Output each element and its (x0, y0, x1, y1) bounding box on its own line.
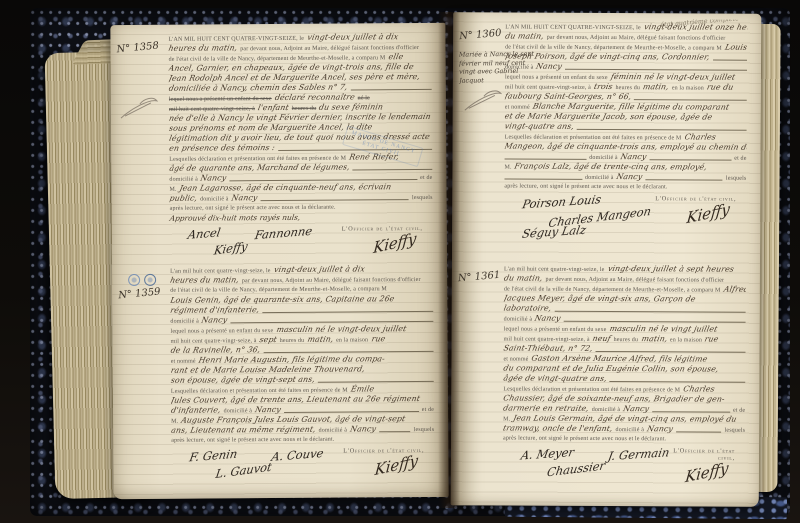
act-line: Mangeon, âgé de cinquante-trois ans, emp… (505, 141, 747, 152)
act-line: et nomméGaston Arsène Maurice Alfred, fi… (503, 353, 745, 364)
handwritten-text: masculin né le vingt juillet (608, 324, 718, 335)
act-line: Jacques Meyer, âgé de vingt-six ans, Gar… (504, 293, 746, 304)
margin-annotation-line: Mariée à Nancy le sept (459, 50, 505, 59)
printed-form-text: M. (171, 417, 178, 426)
handwritten-text: du matin, (504, 273, 544, 283)
handwritten-text: Saint-Thiébaut, n° 72, (504, 343, 594, 353)
handwritten-text: vingt-deux juillet à sept heures (606, 264, 734, 275)
printed-form-text: M. (504, 162, 511, 172)
act-line: âgée de vingt-quatre ans, (503, 373, 745, 384)
handwritten-text: public, (170, 194, 199, 204)
handwritten-text: masculin né le vingt-deux juillet (275, 324, 407, 335)
officer-block: L'Officier de l'état civil,Kieffy (669, 447, 745, 482)
handwritten-text: trois (593, 82, 614, 92)
act-line: après lecture, ont signé le présent acte… (504, 181, 746, 192)
printed-form-text: lequel nous a présenté un enfant du sexe (170, 326, 273, 336)
right-page-acts: N° 1360Mariée à Nancy le septfévrier mil… (457, 18, 754, 503)
officer-signature: Kieffy (686, 200, 731, 228)
officer-signature: Kieffy (372, 229, 417, 257)
handwritten-text: Jules Couvert, âgé de trente ans, Lieute… (171, 394, 421, 406)
act-line: Chaussier, âgé de soixante-neuf ans, Bri… (503, 393, 745, 404)
round-stamp-icon (128, 274, 140, 286)
handwritten-text: Jean Louis Germain, âgé de vingt-cinq an… (512, 413, 737, 424)
act-number: N° 1360 (459, 27, 506, 42)
birth-act: N° 1358L'AN MIL HUIT CENT QUATRE-VINGT-S… (116, 29, 439, 263)
printed-form-text: après lecture, ont signé le présent acte… (503, 433, 666, 444)
act-line: du matin,par devant nous, Adjoint au Mai… (504, 273, 746, 284)
handwritten-text: vingt-deux juillet à dix (306, 32, 399, 43)
printed-form-text: lequel nous a présenté un enfant du sexe (505, 72, 608, 82)
act-number: N° 1361 (458, 269, 505, 284)
handwritten-text: âgé de quarante ans, Marchand de légumes… (169, 162, 350, 173)
blank-rule-line (379, 431, 411, 432)
blank-rule-line (262, 311, 433, 313)
margin-pen-flourish (119, 95, 169, 126)
handwritten-text: laboratoire, (504, 303, 553, 313)
printed-form-text: et de (420, 173, 432, 183)
blank-rule-line (353, 169, 433, 171)
printed-form-text: en la maison (336, 335, 368, 345)
act-margin: N° 1359 (118, 266, 172, 495)
printed-form-text: par devant nous, Adjoint au Maire, délég… (547, 33, 726, 43)
handwritten-text: Nancy (534, 313, 562, 323)
officer-signature: Kieffy (374, 451, 419, 479)
handwritten-text: rant et de Marie Louise Madeleine Thouve… (171, 364, 366, 375)
handwritten-text: du comparant et de Julia Eugénie Collin,… (503, 363, 719, 374)
handwritten-text: Charles (683, 132, 716, 142)
handwritten-text: matin, (642, 82, 670, 92)
handwritten-text: vingt-deux juillet à dix (273, 264, 366, 275)
party-signatures: A. MeyerJ. GermainChaussier (503, 446, 670, 477)
handwritten-text: Charles (682, 384, 715, 394)
act-margin: N° 1361 (457, 263, 504, 502)
handwritten-text: son épouse, âgée de vingt-sept ans, (171, 375, 316, 386)
handwritten-text: vingt-quatre ans, (505, 121, 575, 131)
act-line: lequel nous a présenté un enfant du sexe… (170, 324, 433, 336)
handwritten-text: Émile (350, 384, 375, 394)
signature: Séguy Lalz (521, 223, 587, 242)
margin-signature-flourish (463, 87, 505, 118)
blank-rule-line (596, 350, 746, 352)
printed-form-text: lesquels (412, 193, 433, 203)
handwritten-text: Gaston Arsène Maurice Alfred, fils légit… (530, 353, 708, 364)
act-line: lequel nous a présenté un enfant du sexe… (504, 323, 746, 334)
act-text-body: état quatrième complétéL'AN MIL HUIT CEN… (504, 21, 753, 261)
act-text-body: L'AN MIL HUIT CENT QUATRE-VINGT-SEIZE, l… (168, 32, 439, 263)
printed-form-text: et de (733, 405, 745, 414)
handwritten-text: Chaussier, âgé de soixante-neuf ans, Bri… (503, 393, 725, 404)
handwritten-text: Louis (724, 43, 747, 53)
act-margin: N° 1360Mariée à Nancy le septfévrier mil… (458, 21, 505, 260)
act-line: domicilié àNancy (505, 61, 747, 72)
act-line: tramway, oncle de l'enfant,domicilié àNa… (503, 423, 745, 434)
act-line: L'an mil huit cent quatre-vingt-seize, l… (504, 263, 746, 274)
left-page-acts: N° 1358L'AN MIL HUIT CENT QUATRE-VINGT-S… (116, 29, 440, 495)
handwritten-text: neuf (592, 333, 612, 343)
act-text-body: L'an mil huit cent quatre-vingt-seize, l… (170, 264, 441, 495)
act-text-body: L'an mil huit cent quatre-vingt-seize, l… (503, 263, 752, 503)
birth-act: N° 1361L'an mil huit cent quatre-vingt-s… (457, 260, 752, 503)
handwritten-text: Jacques Meyer, âgé de vingt-six ans, Gar… (504, 293, 697, 304)
signature-row: AncelFannonne (188, 226, 312, 242)
blank-rule-line (713, 60, 748, 61)
printed-form-text: et nommé (171, 357, 196, 366)
handwritten-text: de la Ravinelle, n° 36, (171, 345, 262, 356)
blank-rule-line (505, 158, 587, 159)
act-line: mil huit cent quatre-vingt-seize, àneufh… (504, 333, 746, 344)
handwritten-text: matin, (640, 334, 668, 344)
act-line: vingt-quatre ans, (505, 121, 747, 132)
signature-row: Chaussier (521, 461, 669, 477)
printed-form-text: en la maison (670, 335, 702, 344)
act-line: après lecture, ont signé le présent acte… (171, 434, 434, 446)
blank-rule-line (676, 431, 722, 432)
right-page: N° 1360Mariée à Nancy le septfévrier mil… (451, 12, 762, 507)
blank-rule-line (230, 179, 418, 181)
act-line: laboratoire, (504, 303, 746, 314)
handwritten-text: rue du (706, 83, 735, 93)
printed-form-text: heures du (614, 335, 639, 345)
act-number: N° 1359 (118, 286, 171, 302)
margin-annotation-line: vingt avec Gabriel (459, 67, 505, 76)
blank-rule-line (284, 411, 419, 413)
blank-rule-line (564, 320, 746, 322)
handwritten-text: d'infanterie, (171, 405, 222, 415)
act-line: après lecture, ont signé le présent acte… (503, 433, 745, 444)
printed-form-text: L'an mil huit cent quatre-vingt-seize, l… (170, 266, 271, 276)
act-line: L'AN MIL HUIT CENT QUATRE-VINGT-SEIZE, l… (168, 32, 431, 44)
act-line: du matin,par devant nous, Adjoint au Mai… (505, 31, 747, 42)
printed-form-text: heures du (280, 336, 305, 346)
act-line: M.François Lalz, âgé de trente-cinq ans,… (504, 161, 746, 172)
margin-annotation-line: Jacquot (459, 76, 505, 85)
officer-signature: Kieffy (684, 458, 729, 486)
printed-form-text: lesquels (414, 425, 435, 435)
blank-rule-line (652, 411, 730, 412)
handwritten-text: en présence des témoins : (169, 143, 276, 154)
handwritten-text: ans, Lieutenant au même régiment, (171, 425, 316, 436)
blank-rule-line (504, 178, 582, 179)
handwritten-text: rue (370, 334, 386, 344)
printed-form-text: domicilié à (592, 404, 621, 414)
act-line: du comparant et de Julia Eugénie Collin,… (503, 363, 745, 374)
signature: Kieffy (213, 239, 249, 259)
act-line: Saint-Thiébaut, n° 72, (504, 343, 746, 354)
act-line: de l'état civil de la ville de Nancy, dé… (504, 283, 746, 294)
handwritten-text: heures du matin, (168, 43, 238, 53)
printed-form-text: M. (169, 185, 176, 194)
handwritten-text: Nancy (201, 315, 229, 325)
act-line: domicilié àNancy (504, 313, 746, 324)
printed-form-text: lesquels (725, 425, 746, 434)
signature-row: L. Gauvot (189, 463, 323, 479)
act-line: darmerie en retraite,domicilié àNancyet … (503, 403, 745, 414)
handwritten-text: féminin né le vingt-deux juillet (610, 72, 736, 83)
handwritten-text: elle (387, 52, 404, 62)
blank-rule-line (263, 351, 433, 353)
printed-form-text: domicilié à (169, 175, 198, 184)
photo-background: N° 1358L'AN MIL HUIT CENT QUATRE-VINGT-S… (0, 0, 800, 523)
blank-rule-line (554, 310, 745, 312)
printed-form-text: domicilié à (504, 314, 533, 324)
printed-form-text: et de (422, 405, 434, 415)
handwritten-text: l'enfant (257, 103, 290, 113)
printed-form-text: après lecture, ont signé le présent acte… (171, 435, 334, 446)
blank-rule-line (645, 179, 723, 180)
printed-form-text: en la maison (672, 83, 704, 92)
printed-form-text: après lecture, ont signé le présent acte… (504, 181, 667, 192)
act-line: Lesquelles déclaration et présentation o… (503, 383, 745, 394)
blank-rule-line (577, 129, 747, 131)
signature-block: AncelFannonneKieffyL'Officier de l'état … (170, 225, 433, 257)
act-line: Jules Couvert, âgé de trente ans, Lieute… (171, 394, 434, 406)
handwritten-text: Mangeon, âgé de cinquante-trois ans, emp… (505, 141, 747, 152)
handwritten-text: âgée de vingt-quatre ans, (503, 373, 607, 384)
handwritten-text: François Lalz, âgé de trente-cinq ans, e… (514, 162, 708, 173)
handwritten-text: sept (259, 335, 278, 345)
printed-form-text: domicilié à (170, 317, 199, 326)
signature-row: Kieffy (188, 241, 312, 257)
act-line: lequel nous a présenté un enfant du sexe… (505, 71, 747, 82)
handwritten-text: Nancy (254, 405, 282, 415)
signature-block: F. GeninA. CouveL. GauvotL'Officier de l… (171, 447, 434, 479)
birth-act: N° 1359L'an mil huit cent quatre-vingt-s… (118, 261, 441, 495)
handwritten-text: rue (704, 334, 720, 344)
handwritten-text: darmerie en retraite, (503, 403, 590, 413)
handwritten-text: Nancy (535, 62, 563, 72)
blank-rule-line (260, 199, 409, 201)
blank-rule-line (231, 321, 434, 323)
handwritten-text: Jean Lagarosse, âgé de cinquante-neuf an… (179, 182, 393, 193)
left-page: N° 1358L'AN MIL HUIT CENT QUATRE-VINGT-S… (110, 23, 448, 499)
handwritten-text: Louis Genin, âgé de quarante-six ans, Ca… (170, 294, 395, 306)
blank-rule-line (650, 159, 732, 160)
officer-block: L'Officier de l'état civil,Kieffy (342, 225, 433, 254)
officer-block: L'Officier de l'état civil,Kieffy (655, 195, 746, 223)
handwritten-text: Nancy (231, 193, 259, 203)
birth-act: N° 1360Mariée à Nancy le septfévrier mil… (458, 18, 753, 261)
handwritten-text: vingt-deux juillet onze heures (643, 22, 748, 33)
signature-block: Poirson LouisCharles MangeonSéguy LalzL'… (504, 194, 746, 240)
handwritten-text: heures du matin, (170, 275, 240, 285)
approbation-note: Approuvé dix-huit mots rayés nuls, (169, 212, 434, 224)
handwritten-text: Alfred (722, 284, 745, 294)
act-number: N° 1358 (116, 40, 169, 56)
handwritten-text: régiment d'infanterie, (170, 305, 260, 316)
handwritten-text: tramway, oncle de l'enfant, (503, 423, 614, 434)
handwritten-text: du matin, (505, 31, 545, 41)
handwritten-text: Nancy (615, 172, 643, 182)
signature: L. Gauvot (215, 459, 273, 482)
printed-form-text: domicilié à (200, 194, 229, 203)
party-signatures: F. GeninA. CouveL. Gauvot (171, 448, 323, 479)
blank-rule-line (565, 69, 747, 71)
handwritten-text: Joseph Poirson, âgé de vingt-cinq ans, C… (505, 51, 711, 62)
blank-rule-line (610, 381, 746, 383)
handwritten-text: matin, (306, 335, 334, 345)
handwritten-text: du sexe féminin (318, 102, 384, 112)
handwritten-text: Nancy (622, 404, 650, 414)
blank-rule-line (634, 99, 747, 101)
blank-rule-line (318, 381, 434, 383)
party-signatures: Poirson LouisCharles MangeonSéguy Lalz (504, 194, 651, 240)
handwritten-text: déclaré reconnaître (274, 92, 356, 103)
act-margin: N° 1358 (116, 34, 170, 263)
handwritten-text: Nancy (646, 424, 674, 434)
round-stamp-icon (144, 274, 156, 286)
printed-form-text: par devant nous, Adjoint au Maire, délég… (545, 274, 724, 284)
printed-form-text: lesquels (726, 174, 747, 183)
party-signatures: AncelFannonneKieffy (170, 226, 312, 257)
blank-rule-line (350, 89, 431, 91)
signature-row: Séguy Lalz (522, 225, 651, 241)
printed-form-text: et de (734, 154, 746, 163)
handwritten-text: Nancy (200, 173, 228, 183)
handwritten-text: Nancy (620, 152, 648, 162)
printed-form-text: L'AN MIL HUIT CENT QUATRE-VINGT-SEIZE, l… (168, 34, 304, 44)
handwritten-text: faubourg Saint-Georges, n° 66, (505, 91, 632, 102)
act-line: M.Jean Louis Germain, âgé de vingt-cinq … (503, 413, 745, 424)
signature: Ancel (187, 225, 222, 243)
officer-block: L'Officier de l'état civil,Kieffy (343, 447, 434, 476)
handwritten-text: Nancy (349, 424, 377, 434)
signature: A. Meyer (520, 444, 576, 463)
marriage-margin-annotation: Mariée à Nancy le septfévrier mil neuf c… (459, 50, 505, 85)
signature-block: A. MeyerJ. GermainChaussierL'Officier de… (503, 446, 745, 482)
printed-form-text: domicilié à (505, 62, 534, 72)
round-stamps (128, 274, 170, 286)
printed-text-struck: lequel nous a présenté un enfant du sexe (169, 94, 272, 104)
printed-form-text: lequel nous a présenté un enfant du sexe (504, 324, 607, 334)
